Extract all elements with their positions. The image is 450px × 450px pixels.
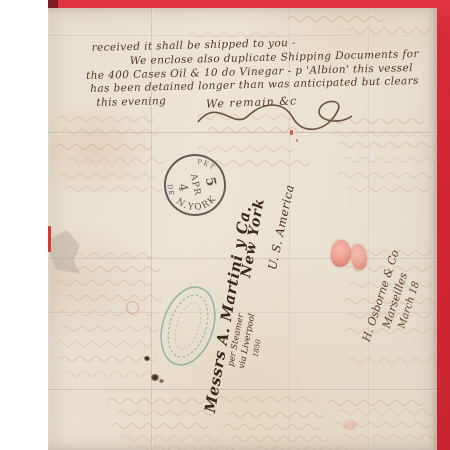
red-fleck <box>290 130 293 135</box>
postmark-day: 4 <box>176 182 191 193</box>
faint-ring-stain <box>126 301 139 314</box>
new-york-datestamp: N.YORK PKT 5 APR 4 DE <box>154 144 235 225</box>
scanned-letter-photo: { "photo": { "backdrop_red": "#cf2531", … <box>0 0 450 450</box>
signature-flourish <box>188 92 358 134</box>
ink-blot <box>159 379 164 383</box>
ink-blot <box>151 374 159 381</box>
postmark-rate: 5 <box>202 176 219 188</box>
backdrop-showthrough-fleck <box>48 226 51 252</box>
folded-letter-sheet: received it shall be shipped to you -We … <box>48 8 437 450</box>
wax-smudge <box>344 420 356 430</box>
red-fleck <box>296 139 298 142</box>
ink-blot <box>144 356 150 361</box>
